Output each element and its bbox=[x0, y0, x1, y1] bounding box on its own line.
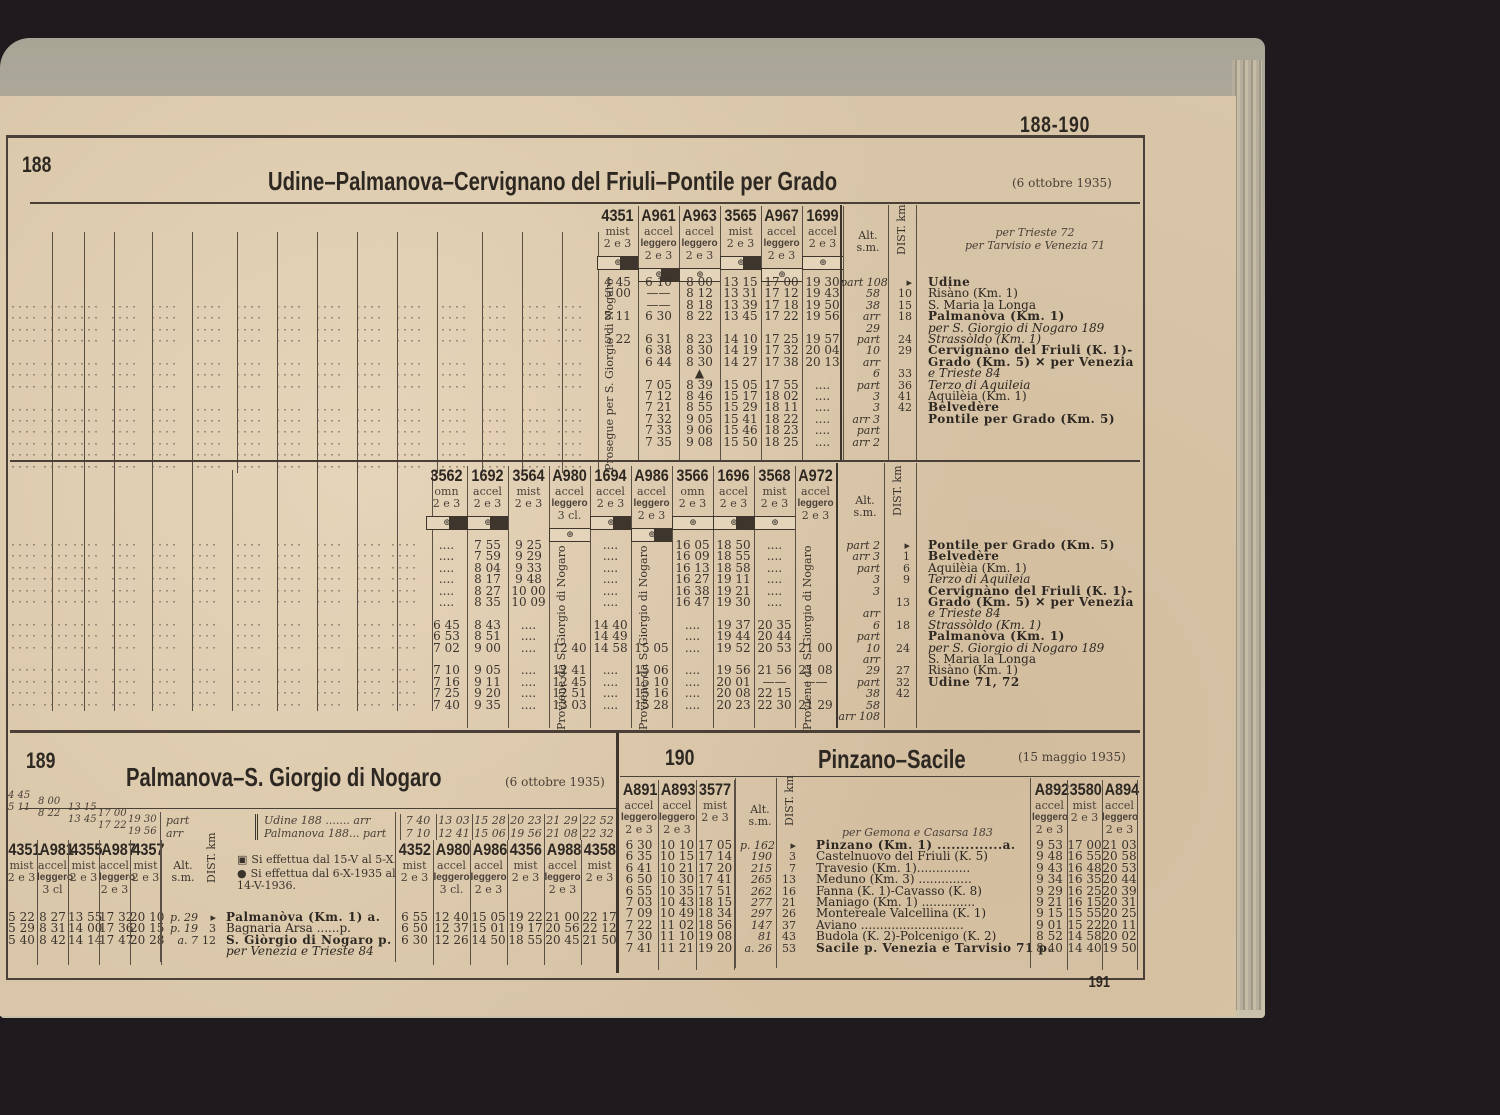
train-number: A972 bbox=[798, 466, 833, 486]
divider bbox=[30, 202, 1140, 204]
train-type: accel bbox=[658, 800, 696, 812]
train-class: 2 e 3 bbox=[426, 498, 467, 510]
empty-column-dots: ···· ···· ···· ···· ···· ···· ···· ···· … bbox=[480, 302, 508, 473]
train-number: 4357 bbox=[132, 840, 158, 860]
distance-column-190: ▸ 3 7 13 16 21 26 37 43 53 bbox=[778, 840, 796, 954]
wheel-badge-icon: ⊛ bbox=[720, 256, 762, 270]
empty-column-dots: ···· ···· ···· ···· ···· ···· ···· ···· … bbox=[440, 302, 468, 473]
empty-column-dots: ···· ···· ···· ···· ···· ···· ···· ···· … bbox=[110, 540, 138, 711]
train-type: accel bbox=[679, 226, 720, 238]
empty-column-dots: ···· ···· ···· ···· ···· ···· ···· ···· … bbox=[556, 302, 584, 473]
train-class: 2 e 3 bbox=[720, 238, 761, 250]
empty-column-dots: ···· ···· ···· ···· ···· ···· ···· ···· … bbox=[190, 540, 218, 711]
train-times: 12 40 12 37 12 26 bbox=[433, 912, 470, 946]
empty-column-dots: ···· ···· ···· ···· ···· ···· ···· ···· … bbox=[235, 302, 263, 473]
divider bbox=[616, 733, 619, 973]
divider bbox=[10, 460, 1140, 462]
train-column: 4351mist2 e 3⊛ bbox=[597, 206, 638, 270]
train-column: A980accelleggero3 cl.⊛ bbox=[549, 466, 590, 542]
train-class: 2 e 3 bbox=[638, 250, 679, 262]
empty-column-dots: ···· ···· ···· ···· ···· ···· ···· ···· … bbox=[355, 302, 383, 473]
station-list-190: Pinzano (Km. 1) ..............a.Castelnu… bbox=[816, 840, 1052, 954]
train-column: 3580mist2 e 3 bbox=[1067, 780, 1102, 824]
train-number: A988 bbox=[547, 840, 578, 860]
divider bbox=[735, 778, 736, 968]
connection-times: 13 15 13 45 bbox=[68, 802, 97, 826]
train-column: A987accelleggero2 e 3 bbox=[99, 840, 130, 896]
table-188-title: Udine–Palmanova–Cervignano del Friuli–Po… bbox=[268, 166, 837, 197]
train-type: accel bbox=[433, 860, 470, 872]
train-class: 2 e 3 bbox=[508, 498, 549, 510]
empty-column-dots: ···· ···· ···· ···· ···· ···· ···· ···· … bbox=[520, 302, 548, 473]
empty-column-dots: ···· ···· ···· ···· ···· ···· ···· ···· … bbox=[10, 302, 38, 473]
train-note: Proviene da S. Giorgio di Nogaro bbox=[556, 600, 584, 730]
train-number: A963 bbox=[682, 206, 717, 226]
empty-column-dots: ···· ···· ···· ···· ···· ···· ···· ···· … bbox=[275, 540, 303, 711]
altitude-column-190: p. 162 190 215 265 262 277 297 147 81 a.… bbox=[740, 840, 772, 954]
train-number: 3580 bbox=[1070, 780, 1100, 800]
train-class: 2 e 3 bbox=[507, 872, 544, 884]
train-class: 2 e 3 bbox=[470, 884, 507, 896]
empty-column-dots: ···· ···· ···· ···· ···· ···· ···· ···· … bbox=[315, 302, 343, 473]
empty-column-dots: ···· ···· ···· ···· ···· ···· ···· ···· … bbox=[72, 302, 100, 473]
train-class: 2 e 3 bbox=[6, 872, 37, 884]
empty-column-dots: ···· ···· ···· ···· ···· ···· ···· ···· … bbox=[42, 540, 70, 711]
wheel-badge-icon: ⊛ bbox=[467, 516, 509, 530]
train-times: 6 30 6 35 6 41 6 50 6 55 7 03 7 09 7 22 … bbox=[620, 840, 658, 954]
train-type: accel bbox=[795, 486, 836, 498]
train-number: 1692 bbox=[470, 466, 505, 486]
train-column: A986accelleggero2 e 3⊛ bbox=[631, 466, 672, 542]
empty-column-dots: ···· ···· ···· ···· ···· ···· ···· ···· … bbox=[10, 540, 38, 711]
train-number: 3564 bbox=[511, 466, 546, 486]
legend-text: Si effettua dal 15-V al 5-X. bbox=[251, 853, 397, 866]
table-190-date: (15 maggio 1935) bbox=[1018, 750, 1126, 764]
train-class: 2 e 3 bbox=[696, 812, 734, 824]
train-number: A891 bbox=[623, 780, 655, 800]
train-column: A894accelleggero2 e 3 bbox=[1102, 780, 1137, 836]
train-column: A981accelleggero3 cl bbox=[37, 840, 68, 896]
train-column: 4358mist2 e 3 bbox=[581, 840, 618, 884]
divider bbox=[916, 463, 917, 728]
connection-times: 7 40 7 10 bbox=[400, 814, 435, 840]
train-number: 3566 bbox=[675, 466, 710, 486]
train-column: A891accelleggero2 e 3 bbox=[620, 780, 658, 836]
alt-header: Alt. s.m. bbox=[848, 230, 888, 254]
train-number: 3562 bbox=[429, 466, 464, 486]
train-number: A894 bbox=[1105, 780, 1135, 800]
wheel-badge-icon: ⊛ bbox=[754, 516, 796, 530]
train-times: .... .... .... .... .... .... 20 35 20 4… bbox=[754, 540, 795, 711]
dist-header-up: DIST. km bbox=[892, 466, 904, 516]
train-times: 17 05 17 14 17 20 17 41 17 51 18 15 18 3… bbox=[696, 840, 734, 954]
train-type: accel bbox=[638, 226, 679, 238]
wheel-badge-icon: ⊛ bbox=[672, 516, 714, 530]
table-188-number: 188 bbox=[22, 152, 51, 178]
train-column: 1694accel2 e 3⊛ bbox=[590, 466, 631, 530]
train-column: 4351mist2 e 3 bbox=[6, 840, 37, 884]
train-times: 15 05 15 01 14 50 bbox=[470, 912, 507, 946]
train-number: A981 bbox=[39, 840, 65, 860]
train-times: 17 32 17 36 17 47 bbox=[99, 912, 130, 946]
empty-column-dots: ···· ···· ···· ···· ···· ···· ···· ···· … bbox=[150, 540, 178, 711]
connection-trieste: per Trieste 72 bbox=[950, 226, 1120, 239]
connection-notes: per Trieste 72 per Tarvisio e Venezia 71 bbox=[950, 226, 1120, 252]
train-times: 17 00 17 12 17 18 17 22 17 25 17 32 17 3… bbox=[761, 277, 802, 448]
train-column: A961accelleggero2 e 3⊛ bbox=[638, 206, 679, 282]
station-name: Sacile p. Venezia e Tarvisio 71 p. bbox=[816, 943, 1052, 954]
train-column: 4355mist2 e 3 bbox=[68, 840, 99, 884]
divider bbox=[620, 776, 1140, 777]
divider bbox=[1137, 780, 1138, 970]
train-times: 6 55 6 50 6 30 bbox=[396, 912, 433, 946]
train-times: 21 00 20 56 20 45 bbox=[544, 912, 581, 946]
empty-column-dots: ···· ···· ···· ···· ···· ···· ···· ···· … bbox=[235, 540, 263, 711]
train-class: 2 e 3 bbox=[396, 872, 433, 884]
train-note: Prosegue per S. Giorgio di Nogaro bbox=[604, 351, 632, 471]
train-type: accel bbox=[99, 860, 130, 872]
train-number: A986 bbox=[634, 466, 669, 486]
train-times: 9 53 9 48 9 43 9 34 9 29 9 21 9 15 9 01 … bbox=[1032, 840, 1067, 954]
connection-times: 13 03 12 41 bbox=[436, 814, 471, 840]
train-number: A987 bbox=[101, 840, 127, 860]
connection-times: 19 30 19 56 bbox=[128, 814, 157, 838]
wheel-badge-icon: ⊛ bbox=[597, 256, 639, 270]
train-times: .... .... .... .... .... .... 6 45 6 53 … bbox=[426, 540, 467, 711]
train-column: A972accelleggero2 e 3 bbox=[795, 466, 836, 522]
empty-column-dots: ···· ···· ···· ···· ···· ···· ···· ···· … bbox=[195, 302, 223, 473]
train-number: A892 bbox=[1035, 780, 1065, 800]
train-class: 3 cl. bbox=[549, 510, 590, 522]
divider bbox=[776, 778, 777, 968]
train-column: 3568mist2 e 3⊛ bbox=[754, 466, 795, 530]
train-number: 4356 bbox=[510, 840, 541, 860]
train-column: A893accelleggero2 e 3 bbox=[658, 780, 696, 836]
train-type: accel bbox=[544, 860, 581, 872]
empty-column-dots: ···· ···· ···· ···· ···· ···· ···· ···· … bbox=[150, 302, 178, 473]
connection-times: 20 23 19 56 bbox=[508, 814, 543, 840]
train-type: accel bbox=[37, 860, 68, 872]
table-189-date: (6 ottobre 1935) bbox=[505, 775, 605, 789]
train-class: 3 cl. bbox=[433, 884, 470, 896]
train-class: 2 e 3 bbox=[597, 238, 638, 250]
train-column: A986accelleggero2 e 3 bbox=[470, 840, 507, 896]
train-class: 2 e 3 bbox=[544, 884, 581, 896]
train-class: 2 e 3 bbox=[672, 498, 713, 510]
empty-column-dots: ···· ···· ···· ···· ···· ···· ···· ···· … bbox=[315, 540, 343, 711]
train-class: 2 e 3 bbox=[99, 884, 130, 896]
train-number: A986 bbox=[473, 840, 504, 860]
train-number: 3577 bbox=[699, 780, 731, 800]
train-class: 3 cl bbox=[37, 884, 68, 896]
train-type: accel bbox=[761, 226, 802, 238]
train-times: 13 15 13 31 13 39 13 45 14 10 14 19 14 2… bbox=[720, 277, 761, 448]
legend-symbol-icon: ▣ bbox=[237, 853, 247, 866]
train-class: 2 e 3 bbox=[1032, 824, 1067, 836]
empty-column-dots: ···· ···· ···· ···· ···· ···· ···· ···· … bbox=[275, 302, 303, 473]
train-type: accel bbox=[1032, 800, 1067, 812]
train-type: accel bbox=[470, 860, 507, 872]
station-name: Udine 71, 72 bbox=[928, 677, 1134, 688]
train-number: 4351 bbox=[8, 840, 34, 860]
train-times: 19 30 19 43 19 50 19 56 19 57 20 04 20 1… bbox=[802, 277, 843, 448]
legend-item: ▣Si effettua dal 15-V al 5-X. bbox=[237, 854, 397, 866]
dist-header: DIST. km bbox=[896, 205, 908, 255]
connection-times: 17 00 17 22 bbox=[98, 808, 127, 832]
train-times: 6 10 —— —— 6 30 6 31 6 38 6 44 7 05 7 12… bbox=[638, 277, 679, 448]
empty-column-dots: ···· ···· ···· ···· ···· ···· ···· ···· … bbox=[390, 540, 418, 711]
train-class: 2 e 3 bbox=[631, 510, 672, 522]
connection-tarvisio-venezia: per Tarvisio e Venezia 71 bbox=[950, 239, 1120, 252]
train-number: 4352 bbox=[399, 840, 430, 860]
train-times: 10 10 10 15 10 21 10 30 10 35 10 43 10 4… bbox=[658, 840, 696, 954]
dist-header-189: DIST. km bbox=[206, 835, 218, 883]
empty-column-dots: ···· ···· ···· ···· ···· ···· ···· ···· … bbox=[110, 302, 138, 473]
train-number: 4351 bbox=[600, 206, 635, 226]
divider bbox=[10, 730, 1140, 733]
table-189-number: 189 bbox=[26, 748, 55, 774]
train-class: 2 e 3 bbox=[1067, 812, 1102, 824]
table-190-number: 190 bbox=[665, 745, 694, 771]
train-number: 4358 bbox=[584, 840, 615, 860]
alt-header-190: Alt. s.m. bbox=[742, 804, 778, 828]
train-column: 4357mist2 e 3 bbox=[130, 840, 161, 884]
station-list-up: Pontile per Grado (Km. 5)BelvedèreAquilè… bbox=[928, 540, 1134, 688]
train-times: 5 22 5 29 5 40 bbox=[6, 912, 37, 946]
train-times: 16 05 16 09 16 13 16 27 16 38 16 47 ....… bbox=[672, 540, 713, 711]
train-times: 7 55 7 59 8 04 8 17 8 27 8 35 8 43 8 51 … bbox=[467, 540, 508, 711]
table-189-conn-stations: Udine 188 ....... arr Palmanova 188... p… bbox=[255, 814, 386, 840]
station-name: per Venezia e Trieste 84 bbox=[226, 946, 392, 957]
train-number: 3565 bbox=[723, 206, 758, 226]
train-column: A892accelleggero2 e 3 bbox=[1032, 780, 1067, 836]
distance-column-down: ▸ 10 15 18 24 29 33 36 41 42 bbox=[888, 277, 912, 414]
connection-times: 22 52 22 32 bbox=[580, 814, 615, 840]
legend-item: ●Si effettua dal 6-X-1935 al 14-V-1936. bbox=[237, 868, 397, 892]
divider bbox=[160, 812, 161, 962]
wheel-badge-icon: ⊛ bbox=[713, 516, 755, 530]
train-number: A967 bbox=[764, 206, 799, 226]
distance-column-189: ▸ 3 12 bbox=[198, 912, 216, 946]
table-189-conn-labels: part arr bbox=[166, 814, 189, 840]
train-times: 22 17 22 12 21 50 bbox=[581, 912, 618, 946]
train-note: Proviene da S. Giorgio di Nogaro bbox=[638, 600, 666, 730]
train-type: accel bbox=[620, 800, 658, 812]
train-class: 2 e 3 bbox=[658, 824, 696, 836]
train-number: 1694 bbox=[593, 466, 628, 486]
train-column: 1692accel2 e 3⊛ bbox=[467, 466, 508, 530]
book-fore-edge bbox=[1232, 60, 1262, 1010]
train-column: 3562omn2 e 3⊛ bbox=[426, 466, 467, 530]
table-189-legend: ▣Si effettua dal 15-V al 5-X.●Si effettu… bbox=[237, 854, 397, 894]
train-column: 3577mist2 e 3 bbox=[696, 780, 734, 824]
train-number: 4355 bbox=[70, 840, 96, 860]
train-column: 3566omn2 e 3⊛ bbox=[672, 466, 713, 530]
table-188-date: (6 ottobre 1935) bbox=[1012, 176, 1112, 190]
train-column: A988accelleggero2 e 3 bbox=[544, 840, 581, 896]
dist-header-190: DIST. km bbox=[784, 780, 796, 826]
page-footer-number: 191 bbox=[1089, 974, 1110, 992]
train-column: A967accelleggero2 e 3⊛ bbox=[761, 206, 802, 282]
divider bbox=[916, 205, 917, 460]
connection-times: 15 28 15 06 bbox=[472, 814, 507, 840]
train-times: .... .... .... .... .... .... 14 40 14 4… bbox=[590, 540, 631, 711]
alt-header-up: Alt. s.m. bbox=[845, 495, 885, 519]
connection-times: 21 29 21 08 bbox=[544, 814, 579, 840]
altitude-column-189: p. 29 p. 19 a. 7 bbox=[162, 912, 198, 946]
train-times: 9 25 9 29 9 33 9 48 10 00 10 09 .... ...… bbox=[508, 540, 549, 711]
train-class: 2 e 3 bbox=[679, 250, 720, 262]
train-number: A980 bbox=[436, 840, 467, 860]
train-type: accel bbox=[631, 486, 672, 498]
wheel-badge-icon: ⊛ bbox=[426, 516, 468, 530]
train-times: 19 22 19 17 18 55 bbox=[507, 912, 544, 946]
train-times: 8 27 8 31 8 42 bbox=[37, 912, 68, 946]
divider bbox=[437, 232, 438, 473]
train-number: 1696 bbox=[716, 466, 751, 486]
train-column: 4356mist2 e 3 bbox=[507, 840, 544, 884]
train-times: 8 00 8 12 8 18 8 22 8 23 8 30 8 30 ▲ 8 3… bbox=[679, 277, 720, 448]
train-column: 3565mist2 e 3⊛ bbox=[720, 206, 761, 270]
empty-column-dots: ···· ···· ···· ···· ···· ···· ···· ···· … bbox=[72, 540, 100, 711]
train-class: 2 e 3 bbox=[802, 238, 843, 250]
train-number: A893 bbox=[661, 780, 693, 800]
train-class: 2 e 3 bbox=[795, 510, 836, 522]
divider bbox=[1030, 778, 1031, 968]
altitude-column-up: part 2 arr 3 part 3 3 arr 6 part 10 arr … bbox=[836, 540, 880, 723]
train-column: 1696accel2 e 3⊛ bbox=[713, 466, 754, 530]
train-times: 18 50 18 55 18 58 19 11 19 21 19 30 19 3… bbox=[713, 540, 754, 711]
train-class: 2 e 3 bbox=[467, 498, 508, 510]
table-189-title: Palmanova–S. Giorgio di Nogaro bbox=[126, 762, 442, 793]
train-column: 3564mist2 e 3 bbox=[508, 466, 549, 510]
train-class: 2 e 3 bbox=[754, 498, 795, 510]
train-column: A980accelleggero3 cl. bbox=[433, 840, 470, 896]
station-name: Pontile per Grado (Km. 5) bbox=[928, 414, 1134, 425]
empty-column-dots: ···· ···· ···· ···· ···· ···· ···· ···· … bbox=[42, 302, 70, 473]
train-type: accel bbox=[1102, 800, 1137, 812]
train-class: 2 e 3 bbox=[761, 250, 802, 262]
train-class: 2 e 3 bbox=[713, 498, 754, 510]
train-class: 2 e 3 bbox=[581, 872, 618, 884]
train-times: 13 55 14 00 14 14 bbox=[68, 912, 99, 946]
divider bbox=[161, 840, 162, 965]
train-number: 3568 bbox=[757, 466, 792, 486]
train-times: 17 00 16 55 16 48 16 35 16 25 16 15 15 5… bbox=[1067, 840, 1102, 954]
connection-times: 8 00 8 22 bbox=[38, 796, 60, 820]
altitude-column-down: part 108 58 38 arr 29 part 10 arr 6 part… bbox=[840, 277, 880, 448]
empty-column-dots: ···· ···· ···· ···· ···· ···· ···· ···· … bbox=[355, 540, 383, 711]
train-class: 2 e 3 bbox=[130, 872, 161, 884]
train-column: 4352mist2 e 3 bbox=[396, 840, 433, 884]
train-number: A961 bbox=[641, 206, 676, 226]
station-list-189: Palmanòva (Km. 1) a.Bagnaria Arsa ......… bbox=[226, 912, 392, 958]
train-class: 2 e 3 bbox=[68, 872, 99, 884]
wheel-badge-icon: ⊛ bbox=[590, 516, 632, 530]
train-column: 1699accel2 e 3⊛ bbox=[802, 206, 843, 270]
train-note: Proviene da S. Giorgio di Nogaro bbox=[802, 600, 830, 730]
empty-column-dots: ···· ···· ···· ···· ···· ···· ···· ···· … bbox=[395, 302, 423, 473]
train-times: 20 10 20 15 20 28 bbox=[130, 912, 161, 946]
connection-times: 4 45 5 11 bbox=[8, 790, 30, 814]
train-class: 2 e 3 bbox=[620, 824, 658, 836]
wheel-badge-icon: ⊛ bbox=[802, 256, 844, 270]
train-type: accel bbox=[549, 486, 590, 498]
train-number: A980 bbox=[552, 466, 587, 486]
legend-text: Si effettua dal 6-X-1935 al 14-V-1936. bbox=[237, 867, 396, 892]
train-class: 2 e 3 bbox=[1102, 824, 1137, 836]
divider bbox=[192, 232, 193, 473]
station-list-down: UdineRisàno (Km. 1)S. Maria la LongaPalm… bbox=[928, 277, 1134, 425]
divider bbox=[232, 470, 233, 711]
train-times: 21 03 20 58 20 53 20 44 20 39 20 31 20 2… bbox=[1102, 840, 1137, 954]
train-class: 2 e 3 bbox=[590, 498, 631, 510]
train-column: A963accelleggero2 e 3⊛ bbox=[679, 206, 720, 282]
distance-column-up: ▸ 1 6 9 13 18 24 27 32 42 bbox=[884, 540, 910, 700]
train-number: 1699 bbox=[805, 206, 840, 226]
table-190-title: Pinzano–Sacile bbox=[818, 744, 966, 775]
alt-header-189: Alt. s.m. bbox=[166, 860, 200, 884]
